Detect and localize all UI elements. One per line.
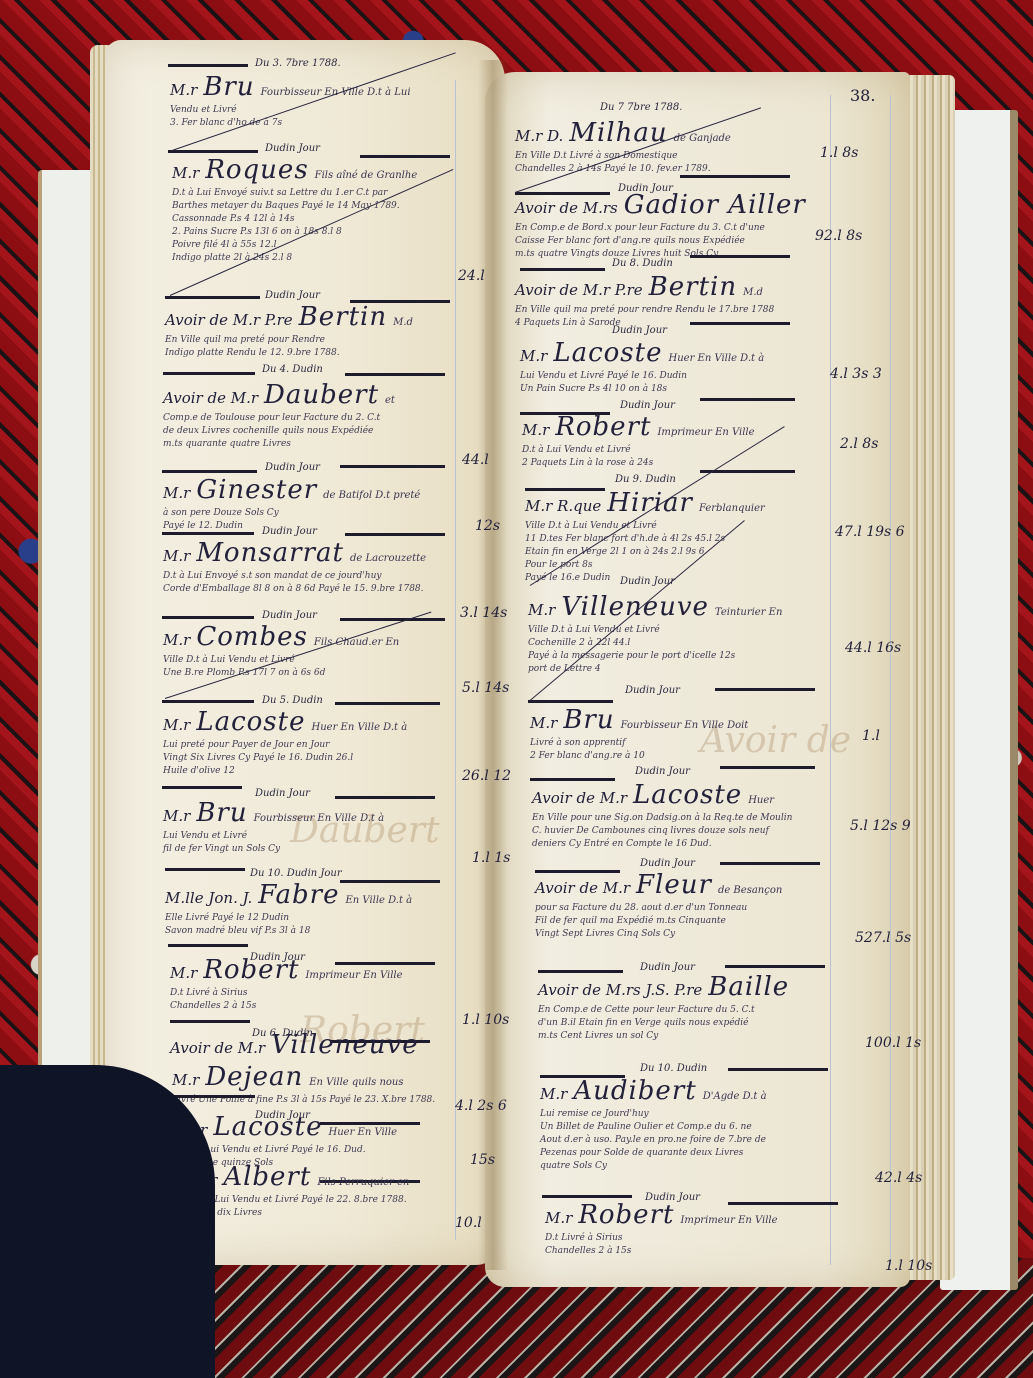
entry-closing: Du 9. Dudin bbox=[615, 474, 676, 485]
entry-line: m.ts Cent Livres un sol Cy bbox=[538, 1030, 789, 1043]
entry-line: Lui Vendu et Livré Payé le 16. Dudin bbox=[520, 370, 764, 383]
entry-closing: Dudin Jour bbox=[625, 685, 680, 696]
entry-closing: Du 10. Dudin Jour bbox=[250, 868, 342, 879]
ledger-entry: M.rRobertImprimeur En Ville D.t à Lui Ve… bbox=[522, 412, 755, 470]
entry-name: Baille bbox=[708, 972, 789, 1002]
entry-line: D.t Livré à Sirius bbox=[545, 1232, 778, 1245]
entry-title: Avoir de M.r bbox=[532, 789, 627, 807]
entry-title: M.r bbox=[545, 1209, 572, 1227]
entry-desc: de Batifol D.t preté bbox=[323, 490, 420, 501]
entry-name: Bertin bbox=[649, 272, 737, 302]
divider-rule bbox=[170, 1020, 250, 1023]
ledger-entry: Avoir de M.rFleurde Besançon pour sa Fac… bbox=[535, 870, 782, 941]
entry-line: Payé à la messagerie pour le port d'icel… bbox=[528, 650, 782, 663]
entry-name: Hiriar bbox=[607, 488, 693, 518]
entry-title: M.r D. bbox=[515, 127, 563, 145]
ledger-entry: M.r D.Milhaude Ganjade En Ville D.t Livr… bbox=[515, 118, 731, 176]
entry-line: Lui remise ce Jourd'huy bbox=[540, 1108, 767, 1121]
foot-in-frame bbox=[0, 1065, 215, 1378]
entry-amount: 26.l 12 bbox=[462, 768, 511, 784]
entry-line: Corde d'Emballage 8l 8 on à 8 6d Payé le… bbox=[163, 583, 426, 596]
entry-title: M.lle Jon. J. bbox=[165, 889, 252, 907]
entry-line: Indigo platte 2l à 24s 2.l 8 bbox=[172, 252, 417, 265]
entry-name: Daubert bbox=[264, 380, 379, 410]
entry-name: Lacoste bbox=[553, 338, 662, 368]
entry-closing: Dudin Jour bbox=[265, 462, 320, 473]
divider-rule bbox=[528, 700, 613, 703]
entry-name: Monsarrat bbox=[196, 538, 344, 568]
entry-desc: Huer bbox=[748, 795, 774, 806]
entry-title: Avoir de M.r bbox=[170, 1039, 265, 1057]
divider-rule bbox=[690, 322, 790, 325]
entry-amount: 5.l 14s bbox=[462, 680, 509, 696]
entry-desc: Ferblanquier bbox=[699, 503, 765, 514]
entry-closing: Dudin Jour bbox=[620, 400, 675, 411]
entry-name: Combes bbox=[196, 622, 308, 652]
entry-closing: Dudin Jour bbox=[262, 526, 317, 537]
entry-amount: 42.l 4s bbox=[875, 1170, 922, 1186]
entry-line: D.t Livré à Sirius bbox=[170, 987, 403, 1000]
date-header: Du 3. 7bre 1788. bbox=[255, 58, 341, 69]
ledger-entry: Avoir de M.r P.reBertinM.d En Ville quil… bbox=[165, 302, 413, 360]
ledger-entry: M.rLacosteHuer En Ville D.t à Lui preté … bbox=[163, 707, 407, 778]
divider-rule bbox=[162, 616, 254, 619]
ledger-entry: M.rBruFourbisseur En Ville D.t à Lui Ven… bbox=[163, 798, 384, 856]
entry-line: Vingt Six Livres Cy Payé le 16. Dudin 26… bbox=[163, 752, 407, 765]
entry-desc: Fourbisseur En Ville Doit bbox=[621, 720, 749, 731]
entry-desc: Huer En Ville D.t à bbox=[668, 353, 764, 364]
ledger-entry: M.rBruFourbisseur En Ville Doit Livré à … bbox=[530, 705, 748, 763]
entry-closing: Dudin Jour bbox=[612, 325, 667, 336]
entry-line: à son pere Douze Sols Cy bbox=[163, 507, 420, 520]
entry-name: Albert bbox=[223, 1162, 311, 1192]
entry-line: En Ville quil ma preté pour rendre Rendu… bbox=[515, 304, 774, 317]
entry-name: Gadior Ailler bbox=[624, 190, 806, 220]
ledger-entry: Avoir de M.rs J.S. P.reBaille En Comp.e … bbox=[538, 972, 789, 1043]
entry-desc: Imprimeur En Ville bbox=[680, 1215, 777, 1226]
entry-line: 2 Paquets Lin à la rose à 24s bbox=[522, 457, 755, 470]
entry-desc: Huer En Ville bbox=[328, 1127, 397, 1138]
entry-line: Comp.e de Toulouse pour leur Facture du … bbox=[163, 412, 395, 425]
entry-desc: Imprimeur En Ville bbox=[305, 970, 402, 981]
entry-title: Avoir de M.r P.re bbox=[165, 311, 293, 329]
entry-amount: 1.l 10s bbox=[462, 1012, 509, 1028]
entry-title: M.r bbox=[170, 964, 197, 982]
ledger-entry: Avoir de M.rsGadior Ailler En Comp.e de … bbox=[515, 190, 806, 261]
entry-amount: 24.l bbox=[458, 268, 485, 284]
ledger-entry: M.rRobertImprimeur En Ville D.t Livré à … bbox=[170, 955, 403, 1013]
entry-line: C. huvier De Cambounes cinq livres douze… bbox=[532, 825, 792, 838]
ledger-entry: M.rGinesterde Batifol D.t preté à son pe… bbox=[163, 475, 420, 533]
entry-line: Cassonnade P.s 4 12l à 14s bbox=[172, 213, 417, 226]
divider-rule bbox=[690, 255, 790, 258]
divider-rule bbox=[725, 965, 825, 968]
entry-line: En Ville quil ma preté pour Rendre bbox=[165, 334, 413, 347]
entry-desc: Fils aîné de Granlhe bbox=[315, 170, 418, 181]
ledger-entry: M.rAlbertFils Perruquier en D.t à Lui Ve… bbox=[190, 1162, 409, 1220]
entry-desc: En Ville D.t à bbox=[345, 895, 412, 906]
entry-line: fil de fer Vingt un Sols Cy bbox=[163, 843, 384, 856]
entry-amount: 1.l bbox=[862, 728, 880, 744]
entry-line: Etain fin en Verge 2l 1 on à 24s 2.l 9s … bbox=[525, 546, 765, 559]
divider-rule bbox=[335, 702, 440, 705]
divider-rule bbox=[700, 398, 795, 401]
divider-rule bbox=[680, 175, 790, 178]
book-gutter bbox=[478, 60, 508, 1270]
entry-name: Ginester bbox=[196, 475, 317, 505]
entry-title: Avoir de M.r bbox=[535, 879, 630, 897]
entry-title: M.r bbox=[522, 421, 549, 439]
entry-title: M.r bbox=[172, 1071, 199, 1089]
entry-closing: Dudin Jour bbox=[265, 143, 320, 154]
entry-line: 11 D.tes Fer blanc fort d'h.de à 4l 2s 4… bbox=[525, 533, 765, 546]
entry-name: Bru bbox=[196, 798, 247, 828]
divider-rule bbox=[168, 150, 258, 153]
ledger-entry: Avoir de M.rLacosteHuer En Ville pour un… bbox=[532, 780, 792, 851]
entry-line: 3. Fer blanc d'ho.de à 7s bbox=[170, 117, 411, 130]
entry-desc: M.d bbox=[393, 317, 413, 328]
entry-name: Roques bbox=[205, 155, 308, 185]
ledger-entry: Avoir de M.rDaubertet Comp.e de Toulouse… bbox=[163, 380, 395, 451]
divider-rule bbox=[163, 372, 255, 375]
entry-line: pour sa Facture du 28. aout d.er d'un To… bbox=[535, 902, 782, 915]
entry-name: Dejean bbox=[205, 1062, 303, 1092]
divider-rule bbox=[168, 944, 248, 947]
ledger-entry: M.rMonsarratde Lacrouzette D.t à Lui Env… bbox=[163, 538, 426, 596]
entry-line: Caisse Fer blanc fort d'ang.re quils nou… bbox=[515, 235, 806, 248]
divider-rule bbox=[720, 766, 815, 769]
ledger-entry: M.rVilleneuveTeinturier En Ville D.t à L… bbox=[528, 592, 782, 676]
entry-amount: 44.l bbox=[462, 452, 489, 468]
entry-line: Chandelles 2 à 15s bbox=[170, 1000, 403, 1013]
entry-title: M.r bbox=[163, 631, 190, 649]
entry-closing: Du 4. Dudin bbox=[262, 364, 323, 375]
entry-title: M.r bbox=[170, 81, 197, 99]
entry-line: D.t à Lui Vendu et Livré Payé le 22. 8.b… bbox=[190, 1194, 409, 1207]
entry-amount: 44.l 16s bbox=[845, 640, 901, 656]
entry-name: Robert bbox=[578, 1200, 674, 1230]
entry-line: 2. Pains Sucre P.s 13l 6 on à 18s 8.l 8 bbox=[172, 226, 417, 239]
entry-title: Avoir de M.r bbox=[163, 389, 258, 407]
entry-desc: Huer En Ville D.t à bbox=[311, 722, 407, 733]
entry-title: M.r bbox=[530, 714, 557, 732]
entry-line: En Comp.e de Bord.x pour leur Facture du… bbox=[515, 222, 806, 235]
entry-desc: et bbox=[385, 395, 395, 406]
entry-line: Ville D.t à Lui Vendu et Livré bbox=[528, 624, 782, 637]
entry-closing: Dudin Jour bbox=[265, 290, 320, 301]
divider-rule bbox=[340, 465, 445, 468]
entry-closing: Dudin Jour bbox=[635, 766, 690, 777]
entry-amount: 1.l 10s bbox=[885, 1258, 932, 1274]
entry-line: D.t à Lui Envoyé suiv.t sa Lettre du 1.e… bbox=[172, 187, 417, 200]
ledger-entry: Avoir de M.rVilleneuve bbox=[170, 1030, 419, 1060]
entry-title: M.r bbox=[163, 547, 190, 565]
divider-rule bbox=[162, 700, 254, 703]
ledger-entry: M.r R.queHiriarFerblanquier Ville D.t à … bbox=[525, 488, 765, 585]
margin-line bbox=[830, 95, 831, 1265]
ledger-entry: M.rDejeanEn Ville quils nous Livré Une P… bbox=[172, 1062, 435, 1107]
entry-name: Villeneuve bbox=[271, 1030, 419, 1060]
entry-line: En Ville pour une Sig.on Dadsig.on à la … bbox=[532, 812, 792, 825]
entry-desc: Teinturier En bbox=[715, 607, 783, 618]
entry-amount: 4.l 2s 6 bbox=[455, 1098, 507, 1114]
entry-title: M.r bbox=[540, 1085, 567, 1103]
divider-rule bbox=[162, 532, 254, 535]
entry-name: Audibert bbox=[573, 1076, 696, 1106]
entry-name: Lacoste bbox=[213, 1112, 322, 1142]
entry-line: deniers Cy Entré en Compte le 16 Dud. bbox=[532, 838, 792, 851]
margin-line bbox=[455, 80, 456, 1240]
entry-amount: 4.l 3s 3 bbox=[830, 366, 882, 382]
divider-rule bbox=[715, 688, 815, 691]
divider-rule bbox=[345, 533, 445, 536]
entry-line: En Comp.e de Cette pour leur Facture du … bbox=[538, 1004, 789, 1017]
entry-line: Vendu et Livré bbox=[170, 104, 411, 117]
entry-amount: 100.l 1s bbox=[865, 1035, 921, 1051]
entry-line: Lui preté pour Payer de Jour en Jour bbox=[163, 739, 407, 752]
divider-rule bbox=[728, 1068, 828, 1071]
date-header: Du 7 7bre 1788. bbox=[600, 102, 682, 113]
entry-line: Cochenille 2 à 22l 44.l bbox=[528, 637, 782, 650]
entry-name: Villeneuve bbox=[561, 592, 709, 622]
entry-line: Lui Vendu et Livré bbox=[163, 830, 384, 843]
entry-desc: Fourbisseur En Ville D.t à bbox=[254, 813, 384, 824]
entry-line: preté dix Livres bbox=[190, 1207, 409, 1220]
entry-line: 2 Fer blanc d'ang.re à 10 bbox=[530, 750, 748, 763]
entry-closing: Dudin Jour bbox=[262, 610, 317, 621]
ledger-entry: M.rAudibertD'Agde D.t à Lui remise ce Jo… bbox=[540, 1076, 767, 1173]
entry-line: Fil de fer quil ma Expédié m.ts Cinquant… bbox=[535, 915, 782, 928]
entry-title: M.r bbox=[163, 807, 190, 825]
entry-name: Bru bbox=[203, 72, 254, 102]
entry-name: Lacoste bbox=[196, 707, 305, 737]
divider-rule bbox=[345, 373, 445, 376]
entry-title: Avoir de M.rs bbox=[515, 199, 618, 217]
entry-amount: 1.l 8s bbox=[820, 145, 858, 161]
entry-line: Une B.re Plomb P.s 17l 7 on à 6s 6d bbox=[163, 667, 399, 680]
entry-closing: Du 10. Dudin bbox=[640, 1063, 707, 1074]
entry-amount: 1.l 1s bbox=[472, 850, 510, 866]
divider-rule bbox=[168, 64, 248, 67]
entry-line: Poivre filé 4l à 55s 12.l bbox=[172, 239, 417, 252]
entry-desc: En Ville quils nous bbox=[309, 1077, 403, 1088]
entry-line: Indigo platte Rendu le 12. 9.bre 1788. bbox=[165, 347, 413, 360]
entry-name: Robert bbox=[555, 412, 651, 442]
entry-name: Robert bbox=[203, 955, 299, 985]
entry-line: d'un B.il Etain fin en Verge quils nous … bbox=[538, 1017, 789, 1030]
divider-rule bbox=[175, 1095, 255, 1098]
entry-title: M.r bbox=[172, 164, 199, 182]
entry-line: quatre Sols Cy bbox=[540, 1160, 767, 1173]
entry-desc: M.d bbox=[743, 287, 763, 298]
entry-amount: 92.l 8s bbox=[815, 228, 862, 244]
margin-line bbox=[890, 95, 891, 1265]
entry-title: Avoir de M.r P.re bbox=[515, 281, 643, 299]
entry-desc: D'Agde D.t à bbox=[703, 1091, 767, 1102]
entry-name: Lacoste bbox=[633, 780, 742, 810]
divider-rule bbox=[162, 470, 257, 473]
entry-name: Fleur bbox=[636, 870, 712, 900]
entry-amount: 3.l 14s bbox=[460, 605, 507, 621]
entry-name: Fabre bbox=[258, 880, 339, 910]
entry-closing: Du 8. Dudin bbox=[612, 258, 673, 269]
entry-amount: 12s bbox=[475, 518, 500, 534]
entry-line: Chandelles 2 à 15s bbox=[545, 1245, 778, 1258]
ledger-entry: M.lle Jon. J.FabreEn Ville D.t à Elle Li… bbox=[165, 880, 412, 938]
entry-closing: Dudin Jour bbox=[640, 858, 695, 869]
entry-title: M.r bbox=[163, 484, 190, 502]
entry-line: D.t à Lui Vendu et Livré Payé le 16. Dud… bbox=[180, 1144, 397, 1157]
entry-amount: 47.l 19s 6 bbox=[835, 524, 905, 540]
entry-desc: Fils Perruquier en bbox=[317, 1177, 409, 1188]
entry-amount: 15s bbox=[470, 1152, 495, 1168]
ledger-entry: M.rRobertImprimeur En Ville D.t Livré à … bbox=[545, 1200, 778, 1258]
entry-title: M.r bbox=[520, 347, 547, 365]
entry-amount: 527.l 5s bbox=[855, 930, 911, 946]
entry-line: Pezenas pour Solde de quarante deux Livr… bbox=[540, 1147, 767, 1160]
ledger-entry: M.rLacosteHuer En Ville D.t à Lui Vendu … bbox=[520, 338, 764, 396]
entry-amount: 10.l bbox=[455, 1215, 482, 1231]
entry-line: Savon madré bleu vif P.s 3l à 18 bbox=[165, 925, 412, 938]
entry-line: Aout d.er à uso. Pay.le en pro.ne foire … bbox=[540, 1134, 767, 1147]
divider-rule bbox=[542, 1195, 632, 1198]
entry-title: M.r bbox=[528, 601, 555, 619]
entry-line: En Ville D.t Livré à son Domestique bbox=[515, 150, 731, 163]
entry-line: m.ts quarante quatre Livres bbox=[163, 438, 395, 451]
entry-line: de deux Livres cochenille quils nous Exp… bbox=[163, 425, 395, 438]
entry-line: Un Pain Sucre P.s 4l 10 on à 18s bbox=[520, 383, 764, 396]
page-edges-right bbox=[905, 75, 955, 1280]
entry-desc: de Lacrouzette bbox=[350, 553, 426, 564]
divider-rule bbox=[162, 786, 242, 789]
entry-amount: 5.l 12s 9 bbox=[850, 818, 911, 834]
divider-rule bbox=[340, 618, 445, 621]
entry-line: D.t à Lui Vendu et Livré bbox=[522, 444, 755, 457]
entry-closing: Du 5. Dudin bbox=[262, 695, 323, 706]
entry-line: Huile d'olive 12 bbox=[163, 765, 407, 778]
entry-line: Livré à son apprentif bbox=[530, 737, 748, 750]
ledger-entry: M.rRoquesFils aîné de Granlhe D.t à Lui … bbox=[172, 155, 417, 265]
entry-desc: de Besançon bbox=[718, 885, 782, 896]
entry-amount: 2.l 8s bbox=[840, 436, 878, 452]
divider-rule bbox=[165, 296, 260, 299]
entry-line: Un Billet de Pauline Oulier et Comp.e du… bbox=[540, 1121, 767, 1134]
divider-rule bbox=[720, 862, 820, 865]
entry-title: M.r bbox=[163, 716, 190, 734]
entry-name: Bru bbox=[563, 705, 614, 735]
entry-line: Ville D.t à Lui Vendu et Livré bbox=[525, 520, 765, 533]
entry-line: Elle Livré Payé le 12 Dudin bbox=[165, 912, 412, 925]
entry-title: Avoir de M.rs J.S. P.re bbox=[538, 981, 702, 999]
divider-rule bbox=[520, 268, 605, 271]
entry-title: M.r R.que bbox=[525, 497, 601, 515]
entry-desc: Imprimeur En Ville bbox=[657, 427, 754, 438]
entry-line: Vingt Sept Livres Cinq Sols Cy bbox=[535, 928, 782, 941]
entry-name: Bertin bbox=[299, 302, 387, 332]
entry-line: D.t à Lui Envoyé s.t son mandat de ce jo… bbox=[163, 570, 426, 583]
page-number: 38. bbox=[850, 86, 875, 105]
ledger-entry: M.rCombesFils Chaud.er En Ville D.t à Lu… bbox=[163, 622, 399, 680]
divider-rule bbox=[165, 868, 245, 871]
